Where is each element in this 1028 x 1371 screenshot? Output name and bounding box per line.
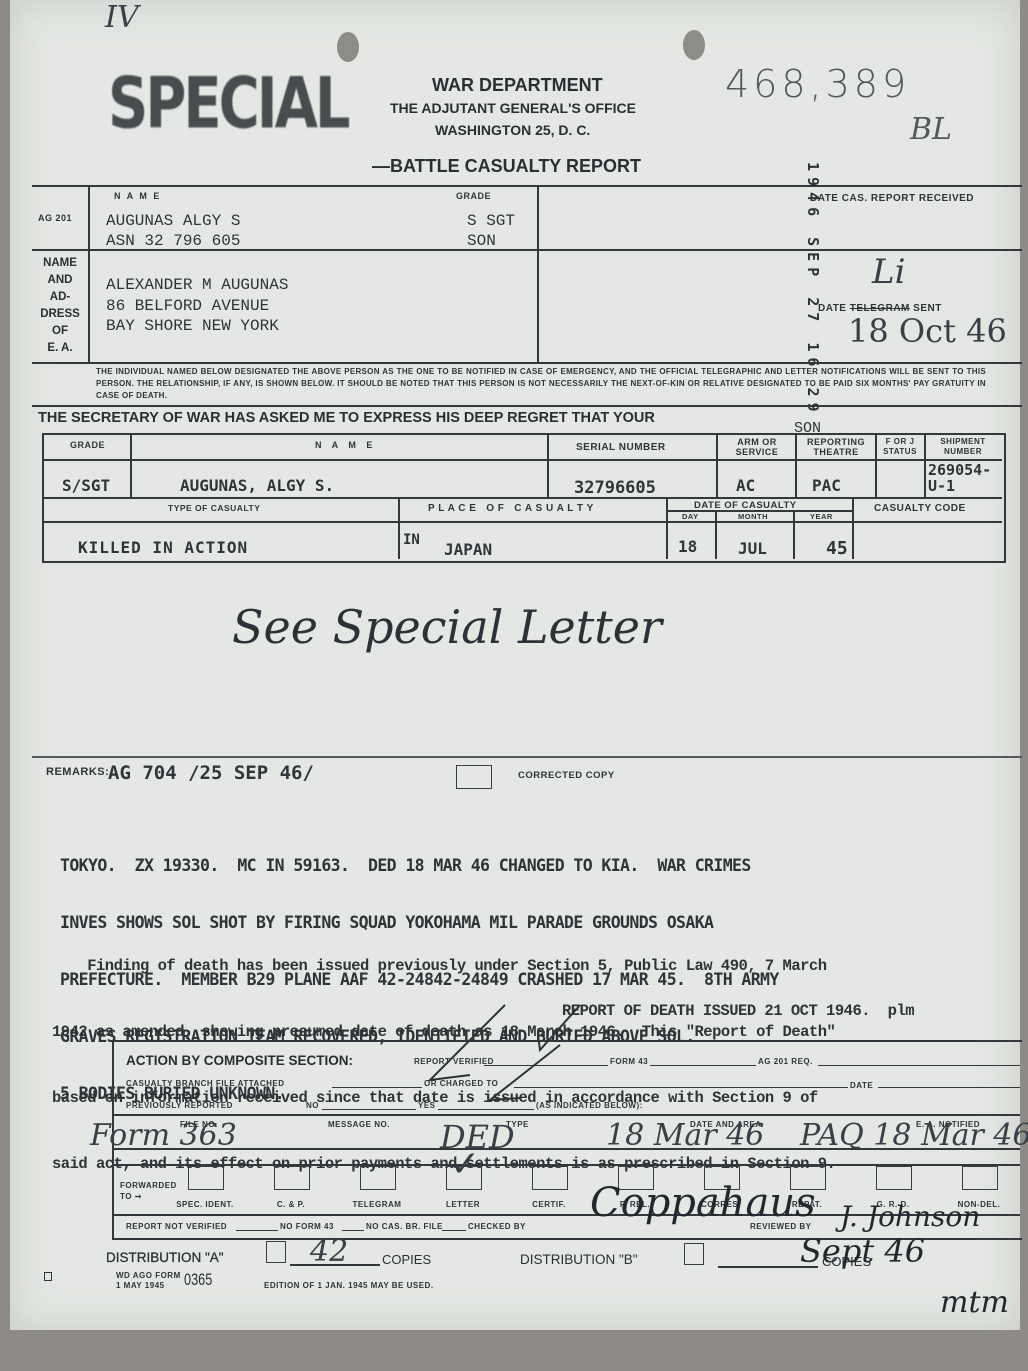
date-label: DATE xyxy=(850,1081,873,1090)
corrected-copy-label: CORRECTED COPY xyxy=(518,770,615,781)
reviewed-by-signature: J. Johnson xyxy=(840,1200,980,1233)
form-label: WD AGO FORM xyxy=(116,1271,181,1280)
check-arrows-icon xyxy=(390,990,590,1110)
forward-option[interactable]: TELEGRAM xyxy=(334,1166,420,1216)
handwritten-number: 468,389 xyxy=(725,62,910,106)
punch-hole-left xyxy=(337,32,359,62)
cell-theatre: PAC xyxy=(812,476,841,495)
distribution-a-checkbox[interactable] xyxy=(266,1241,286,1263)
no-form43-label: NO FORM 43 xyxy=(280,1222,334,1231)
forward-option[interactable]: CERTIF. xyxy=(506,1166,592,1216)
col-shipment: SHIPMENT NUMBER xyxy=(926,437,1000,457)
ag201req-label: AG 201 REQ. xyxy=(758,1057,813,1066)
col-type: TYPE OF CASUALTY xyxy=(168,503,260,513)
ag-201-label: AG 201 xyxy=(38,213,72,223)
cell-shipment: 269054-U-1 xyxy=(928,462,998,494)
col-day: DAY xyxy=(682,512,699,521)
col-arm: ARM OR SERVICE xyxy=(720,437,794,457)
col-name: N A M E xyxy=(315,440,376,450)
small-square-icon xyxy=(44,1272,52,1281)
col-grade: GRADE xyxy=(70,440,105,450)
col-place: P L A C E O F C A S U A L T Y xyxy=(428,503,594,514)
relationship: SON xyxy=(467,232,496,250)
name-label: N A M E xyxy=(114,191,161,201)
handwritten-note: See Special Letter xyxy=(232,600,662,654)
report-not-verified-label: REPORT NOT VERIFIED xyxy=(126,1222,227,1231)
grade-label: GRADE xyxy=(456,191,491,201)
footer-hand-initials: mtm xyxy=(940,1285,1009,1320)
forward-checkbox[interactable] xyxy=(962,1166,998,1190)
col-message-no: MESSAGE NO. xyxy=(328,1120,390,1129)
form-date: 1 MAY 1945 xyxy=(116,1281,165,1290)
cell-grade: S/SGT xyxy=(62,476,110,495)
cell-place: JAPAN xyxy=(444,540,492,559)
footer-hand-date: Sept 46 xyxy=(800,1232,925,1270)
telegram-date: 18 Oct 46 xyxy=(848,312,1007,350)
department-title: WAR DEPARTMENT xyxy=(432,75,603,96)
form43-label: FORM 43 xyxy=(610,1057,648,1066)
regret-text: THE SECRETARY OF WAR HAS ASKED ME TO EXP… xyxy=(38,410,655,426)
forward-checkbox[interactable] xyxy=(532,1166,568,1190)
forward-option[interactable]: SPEC. IDENT. xyxy=(162,1166,248,1216)
ea-city: BAY SHORE NEW YORK xyxy=(106,317,279,335)
date-received-label: DATE CAS. REPORT RECEIVED xyxy=(810,193,974,204)
form-number: 0365 xyxy=(184,1270,212,1290)
soldier-name: AUGUNAS ALGY S xyxy=(106,212,240,230)
check-mark-icon: ✓ xyxy=(450,1144,480,1185)
report-title: —BATTLE CASUALTY REPORT xyxy=(372,156,641,177)
cell-place-prefix: IN xyxy=(403,532,420,548)
corner-mark: IV xyxy=(105,0,139,35)
casualty-report-paper: IV SPECIAL WAR DEPARTMENT THE ADJUTANT G… xyxy=(10,0,1020,1330)
cell-day: 18 xyxy=(678,537,697,556)
col-serial: SERIAL NUMBER xyxy=(576,442,666,453)
distribution-a-label: DISTRIBUTION "A" xyxy=(106,1250,224,1265)
handwritten-initials: BL xyxy=(910,112,952,147)
special-stamp: SPECIAL xyxy=(108,64,348,145)
edition-note: EDITION OF 1 JAN. 1945 MAY BE USED. xyxy=(264,1281,434,1290)
cell-year: 45 xyxy=(826,538,848,559)
forward-option[interactable]: C. & P. xyxy=(248,1166,334,1216)
cell-arm: AC xyxy=(736,476,755,495)
col-status: F OR J STATUS xyxy=(876,437,924,457)
cell-name: AUGUNAS, ALGY S. xyxy=(180,476,334,495)
office-address: WASHINGTON 25, D. C. xyxy=(435,122,590,138)
col-theatre: REPORTING THEATRE xyxy=(796,437,876,457)
cell-type: KILLED IN ACTION xyxy=(78,538,248,557)
cell-serial: 32796605 xyxy=(574,478,656,498)
action-title: ACTION BY COMPOSITE SECTION: xyxy=(126,1053,353,1068)
corrected-copy-checkbox[interactable] xyxy=(456,765,492,789)
previously-reported-label: PREVIOUSLY REPORTED xyxy=(126,1101,233,1110)
file-attached-label: CASUALTY BRANCH FILE ATTACHED xyxy=(126,1079,285,1088)
col-date: DATE OF CASUALTY xyxy=(694,500,797,511)
ea-name: ALEXANDER M AUGUNAS xyxy=(106,276,288,294)
forward-checkbox[interactable] xyxy=(274,1166,310,1190)
forward-checkbox[interactable] xyxy=(360,1166,396,1190)
checked-by-signature: Coppahaus xyxy=(590,1180,816,1226)
col-month: MONTH xyxy=(738,512,768,521)
reviewed-by-label: REVIEWED BY xyxy=(750,1222,812,1231)
distribution-b-checkbox[interactable] xyxy=(684,1243,704,1265)
remarks-label: REMARKS: xyxy=(46,766,109,778)
office-title: THE ADJUTANT GENERAL'S OFFICE xyxy=(390,100,636,116)
report-issued-line: REPORT OF DEATH ISSUED 21 OCT 1946. plm xyxy=(562,1000,914,1022)
remarks-ref: AG 704 /25 SEP 46/ xyxy=(108,762,314,784)
forward-checkbox[interactable] xyxy=(188,1166,224,1190)
no-label: NO xyxy=(306,1101,319,1110)
address-label: NAME AND AD- DRESS OF E. A. xyxy=(32,255,88,357)
checked-by-label: CHECKED BY xyxy=(468,1222,526,1231)
col-code: CASUALTY CODE xyxy=(874,503,966,514)
forward-option[interactable]: ✓ LETTER xyxy=(420,1166,506,1216)
notice-text: THE INDIVIDUAL NAMED BELOW DESIGNATED TH… xyxy=(96,366,986,402)
punch-hole-right xyxy=(683,30,705,60)
soldier-asn: ASN 32 796 605 xyxy=(106,232,240,250)
copies-a-label: COPIES xyxy=(382,1252,431,1267)
col-year: YEAR xyxy=(810,512,833,521)
cell-month: JUL xyxy=(738,539,767,558)
forward-checkbox[interactable] xyxy=(876,1166,912,1190)
telegram-initials: Li xyxy=(872,252,905,292)
distribution-b-label: DISTRIBUTION "B" xyxy=(520,1252,638,1267)
ea-street: 86 BELFORD AVENUE xyxy=(106,297,269,315)
no-cas-file-label: NO CAS. BR. FILE xyxy=(366,1222,443,1231)
soldier-grade: S SGT xyxy=(467,212,515,230)
